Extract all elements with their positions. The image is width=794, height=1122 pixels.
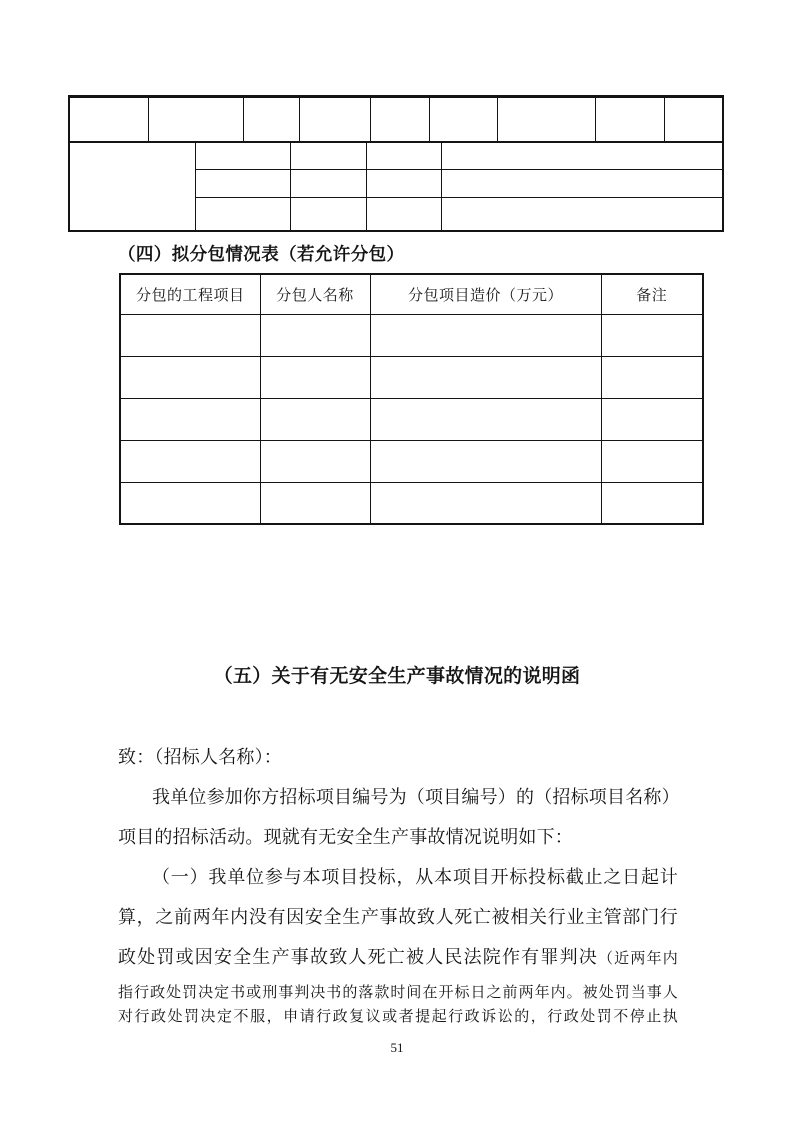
table-cell: [196, 170, 291, 198]
continuation-table: [68, 95, 724, 232]
table-cell: [291, 170, 367, 198]
table-cell: [367, 170, 442, 198]
table-row: [120, 356, 703, 398]
table-cell: [70, 143, 196, 230]
table-cell: [196, 198, 291, 230]
table-cell: [442, 198, 722, 230]
subcontract-table: 分包的工程项目 分包人名称 分包项目造价（万元） 备注: [119, 273, 704, 525]
section-five-heading: （五）关于有无安全生产事故情况的说明函: [0, 661, 794, 688]
table-cell: [601, 314, 703, 356]
table-cell: [291, 198, 367, 230]
table-cell: [260, 440, 370, 482]
table-cell: [370, 398, 601, 440]
header-cell: 分包的工程项目: [120, 274, 260, 314]
table-row: [70, 98, 722, 143]
table-cell: [300, 98, 371, 141]
table-cell: [601, 440, 703, 482]
body-line-small: 指行政处罚决定书或刑事判决书的落款时间在开标日之前两年内。被处罚当事人: [118, 983, 678, 1003]
table-row: [120, 440, 703, 482]
table-header-row: 分包的工程项目 分包人名称 分包项目造价（万元） 备注: [120, 274, 703, 314]
table-cell: [70, 98, 149, 141]
salutation-line: 致：（招标人名称）：: [118, 746, 678, 769]
body-text-small: （近两年内: [598, 951, 678, 967]
document-page: （四）拟分包情况表（若允许分包） 分包的工程项目 分包人名称 分包项目造价（万元…: [0, 0, 794, 1122]
header-cell: 分包人名称: [260, 274, 370, 314]
table-cell: [370, 440, 601, 482]
table-row: [120, 398, 703, 440]
header-cell: 备注: [601, 274, 703, 314]
table-cell: [196, 143, 291, 170]
table-cell: [442, 143, 722, 170]
body-text: 政处罚或因安全生产事故致人死亡被人民法院作有罪判决: [118, 947, 598, 967]
table-cell: [120, 482, 260, 524]
table-cell: [370, 482, 601, 524]
table-cell: [596, 98, 665, 141]
table-cell: [370, 356, 601, 398]
table-body: [70, 143, 722, 230]
table-cell: [370, 314, 601, 356]
table-cell: [149, 98, 244, 141]
table-cell: [120, 356, 260, 398]
table-cell: [120, 440, 260, 482]
table-cell: [442, 170, 722, 198]
section-four-heading: （四）拟分包情况表（若允许分包）: [118, 241, 404, 266]
table-cell: [601, 398, 703, 440]
body-line: 我单位参加你方招标项目编号为（项目编号）的（招标项目名称）: [118, 786, 678, 809]
table-cell: [120, 398, 260, 440]
table-cell: [601, 356, 703, 398]
table-cell: [244, 98, 300, 141]
table-cell: [120, 314, 260, 356]
body-line: （一）我单位参与本项目投标，从本项目开标投标截止之日起计: [118, 866, 678, 889]
table-cell: [601, 482, 703, 524]
header-cell: 分包项目造价（万元）: [370, 274, 601, 314]
table-cell: [260, 356, 370, 398]
body-line-small: 对行政处罚决定不服，申请行政复议或者提起行政诉讼的，行政处罚不停止执: [118, 1007, 678, 1027]
body-line: 项目的招标活动。现就有无安全生产事故情况说明如下：: [118, 826, 678, 849]
table-cell: [371, 98, 430, 141]
page-number: 51: [0, 1040, 794, 1056]
table-cell: [498, 98, 596, 141]
table-cell: [260, 314, 370, 356]
table-cell: [291, 143, 367, 170]
table-cell: [260, 398, 370, 440]
body-line: 算，之前两年内没有因安全生产事故致人死亡被相关行业主管部门行: [118, 906, 678, 929]
table-cell: [665, 98, 722, 141]
body-line: 政处罚或因安全生产事故致人死亡被人民法院作有罪判决（近两年内: [118, 946, 678, 971]
table-row: [120, 482, 703, 524]
table-cell: [367, 143, 442, 170]
table-cell: [367, 198, 442, 230]
table-cell: [260, 482, 370, 524]
table-row: [120, 314, 703, 356]
table-cell: [430, 98, 498, 141]
